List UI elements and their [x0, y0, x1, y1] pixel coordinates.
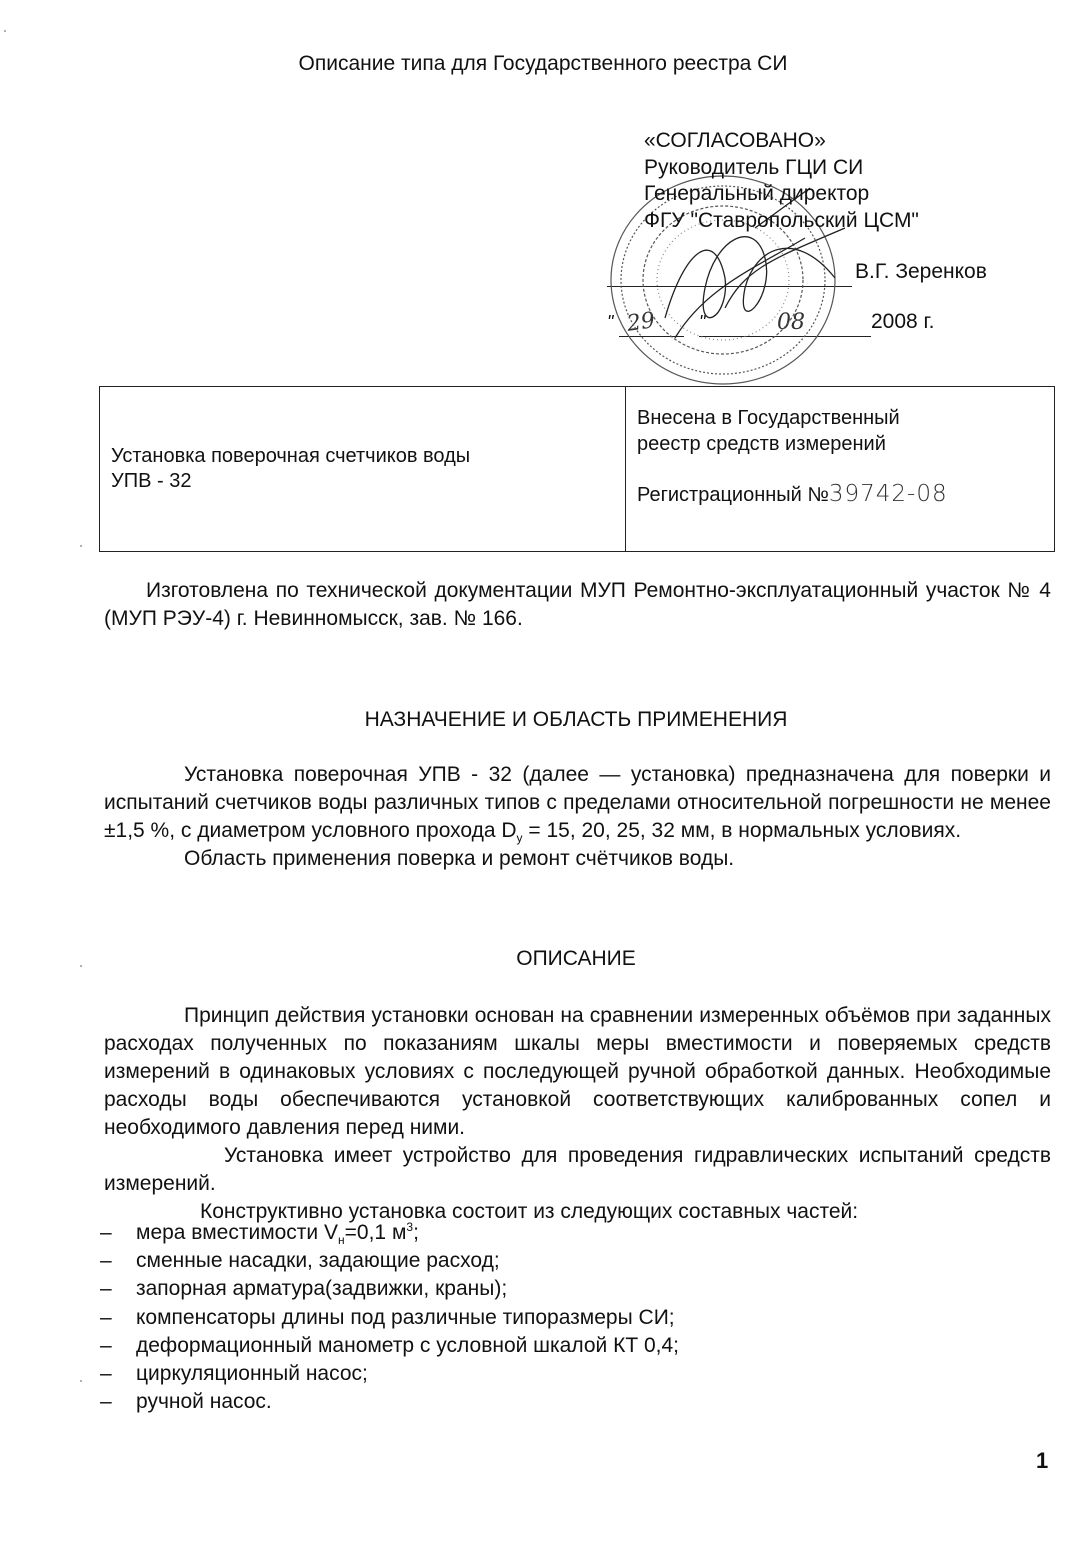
scan-speck	[80, 545, 82, 547]
date-quote-close: "	[699, 312, 705, 333]
list-dash: –	[100, 1332, 112, 1360]
instrument-name: Установка поверочная счетчиков воды УПВ …	[111, 444, 470, 494]
list-dash: –	[100, 1388, 112, 1416]
registry-line-1: Внесена в Государственный	[637, 405, 1037, 431]
section-heading-purpose: НАЗНАЧЕНИЕ И ОБЛАСТЬ ПРИМЕНЕНИЯ	[0, 706, 1086, 734]
list-item-text: ручной насос.	[136, 1390, 272, 1413]
date-year: 2008 г.	[871, 310, 934, 334]
manufacturer-text: Изготовлена по технической документации …	[104, 577, 1051, 633]
registry-table: Установка поверочная счетчиков воды УПВ …	[99, 386, 1055, 552]
scan-speck	[80, 965, 82, 967]
registration-number-handwritten: 39742-08	[829, 481, 948, 507]
list-item: –сменные насадки, задающие расход;	[100, 1247, 1050, 1275]
components-list: –мера вместимости Vн=0,1 м3; –сменные на…	[100, 1219, 1050, 1416]
page-number: 1	[1036, 1448, 1048, 1474]
list-item: –ручной насос.	[100, 1388, 1050, 1416]
instrument-model: УПВ - 32	[111, 469, 470, 494]
approval-block: «СОГЛАСОВАНО» Руководитель ГЦИ СИ Генера…	[644, 128, 1044, 234]
list-item-text: запорная арматура(задвижки, краны);	[136, 1277, 507, 1300]
list-item-text: мера вместимости V	[136, 1221, 338, 1244]
registration-number-row: Регистрационный №39742-08	[637, 481, 948, 507]
list-dash: –	[100, 1304, 112, 1332]
date-quote-open: "	[607, 312, 613, 333]
list-item-text: сменные насадки, задающие расход;	[136, 1249, 500, 1272]
purpose-section-body: Установка поверочная УПВ - 32 (далее — у…	[104, 761, 1051, 873]
registry-inclusion-text: Внесена в Государственный реестр средств…	[637, 405, 1037, 457]
registry-line-2: реестр средств измерений	[637, 431, 1037, 457]
list-item: –циркуляционный насос;	[100, 1360, 1050, 1388]
list-item-text: ;	[413, 1221, 419, 1244]
list-dash: –	[100, 1360, 112, 1388]
approval-role-2: Генеральный директор	[644, 181, 1044, 208]
approval-date-row: " 29 " 08 2008 г.	[607, 310, 1037, 340]
list-item-text: компенсаторы длины под различные типораз…	[136, 1306, 675, 1329]
signatory-name: В.Г. Зеренков	[855, 260, 987, 284]
date-month-line	[699, 336, 871, 337]
list-item: –мера вместимости Vн=0,1 м3;	[100, 1219, 1050, 1247]
date-day-line	[619, 336, 684, 337]
operating-principle-paragraph: Принцип действия установки основан на ср…	[104, 1002, 1051, 1142]
signature-row: В.Г. Зеренков	[607, 260, 1037, 290]
approval-organization: ФГУ "Ставропольский ЦСМ"	[644, 208, 1044, 235]
list-dash: –	[100, 1275, 112, 1303]
approval-role-1: Руководитель ГЦИ СИ	[644, 155, 1044, 182]
list-item: –компенсаторы длины под различные типора…	[100, 1304, 1050, 1332]
vn-subscript: н	[338, 1233, 345, 1247]
list-item-text: =0,1 м	[345, 1221, 407, 1244]
list-item: –запорная арматура(задвижки, краны);	[100, 1275, 1050, 1303]
scan-speck	[4, 30, 6, 32]
list-item-text: деформационный манометр с условной шкало…	[136, 1334, 679, 1357]
scan-speck	[80, 1380, 82, 1382]
date-month-handwritten: 08	[777, 310, 805, 335]
description-section-body: Принцип действия установки основан на ср…	[104, 1002, 1051, 1226]
signature-line	[607, 286, 852, 287]
list-dash: –	[100, 1219, 112, 1247]
instrument-name-line-1: Установка поверочная счетчиков воды	[111, 444, 470, 469]
list-item: –деформационный манометр с условной шкал…	[100, 1332, 1050, 1360]
date-day-handwritten: 29	[625, 308, 656, 337]
manufacturer-paragraph: Изготовлена по технической документации …	[104, 577, 1051, 633]
application-area-paragraph: Область применения поверка и ремонт счёт…	[104, 845, 1051, 873]
hydraulic-test-paragraph: Установка имеет устройство для проведени…	[104, 1142, 1051, 1198]
purpose-paragraph: Установка поверочная УПВ - 32 (далее — у…	[104, 761, 1051, 845]
registration-label: Регистрационный №	[637, 484, 829, 506]
approval-heading: «СОГЛАСОВАНО»	[644, 128, 1044, 155]
document-title: Описание типа для Государственного реест…	[0, 50, 1086, 78]
list-item-text: циркуляционный насос;	[136, 1362, 368, 1385]
purpose-text-rest: = 15, 20, 25, 32 мм, в нормальных услови…	[523, 819, 962, 842]
list-dash: –	[100, 1247, 112, 1275]
section-heading-description: ОПИСАНИЕ	[0, 945, 1086, 973]
